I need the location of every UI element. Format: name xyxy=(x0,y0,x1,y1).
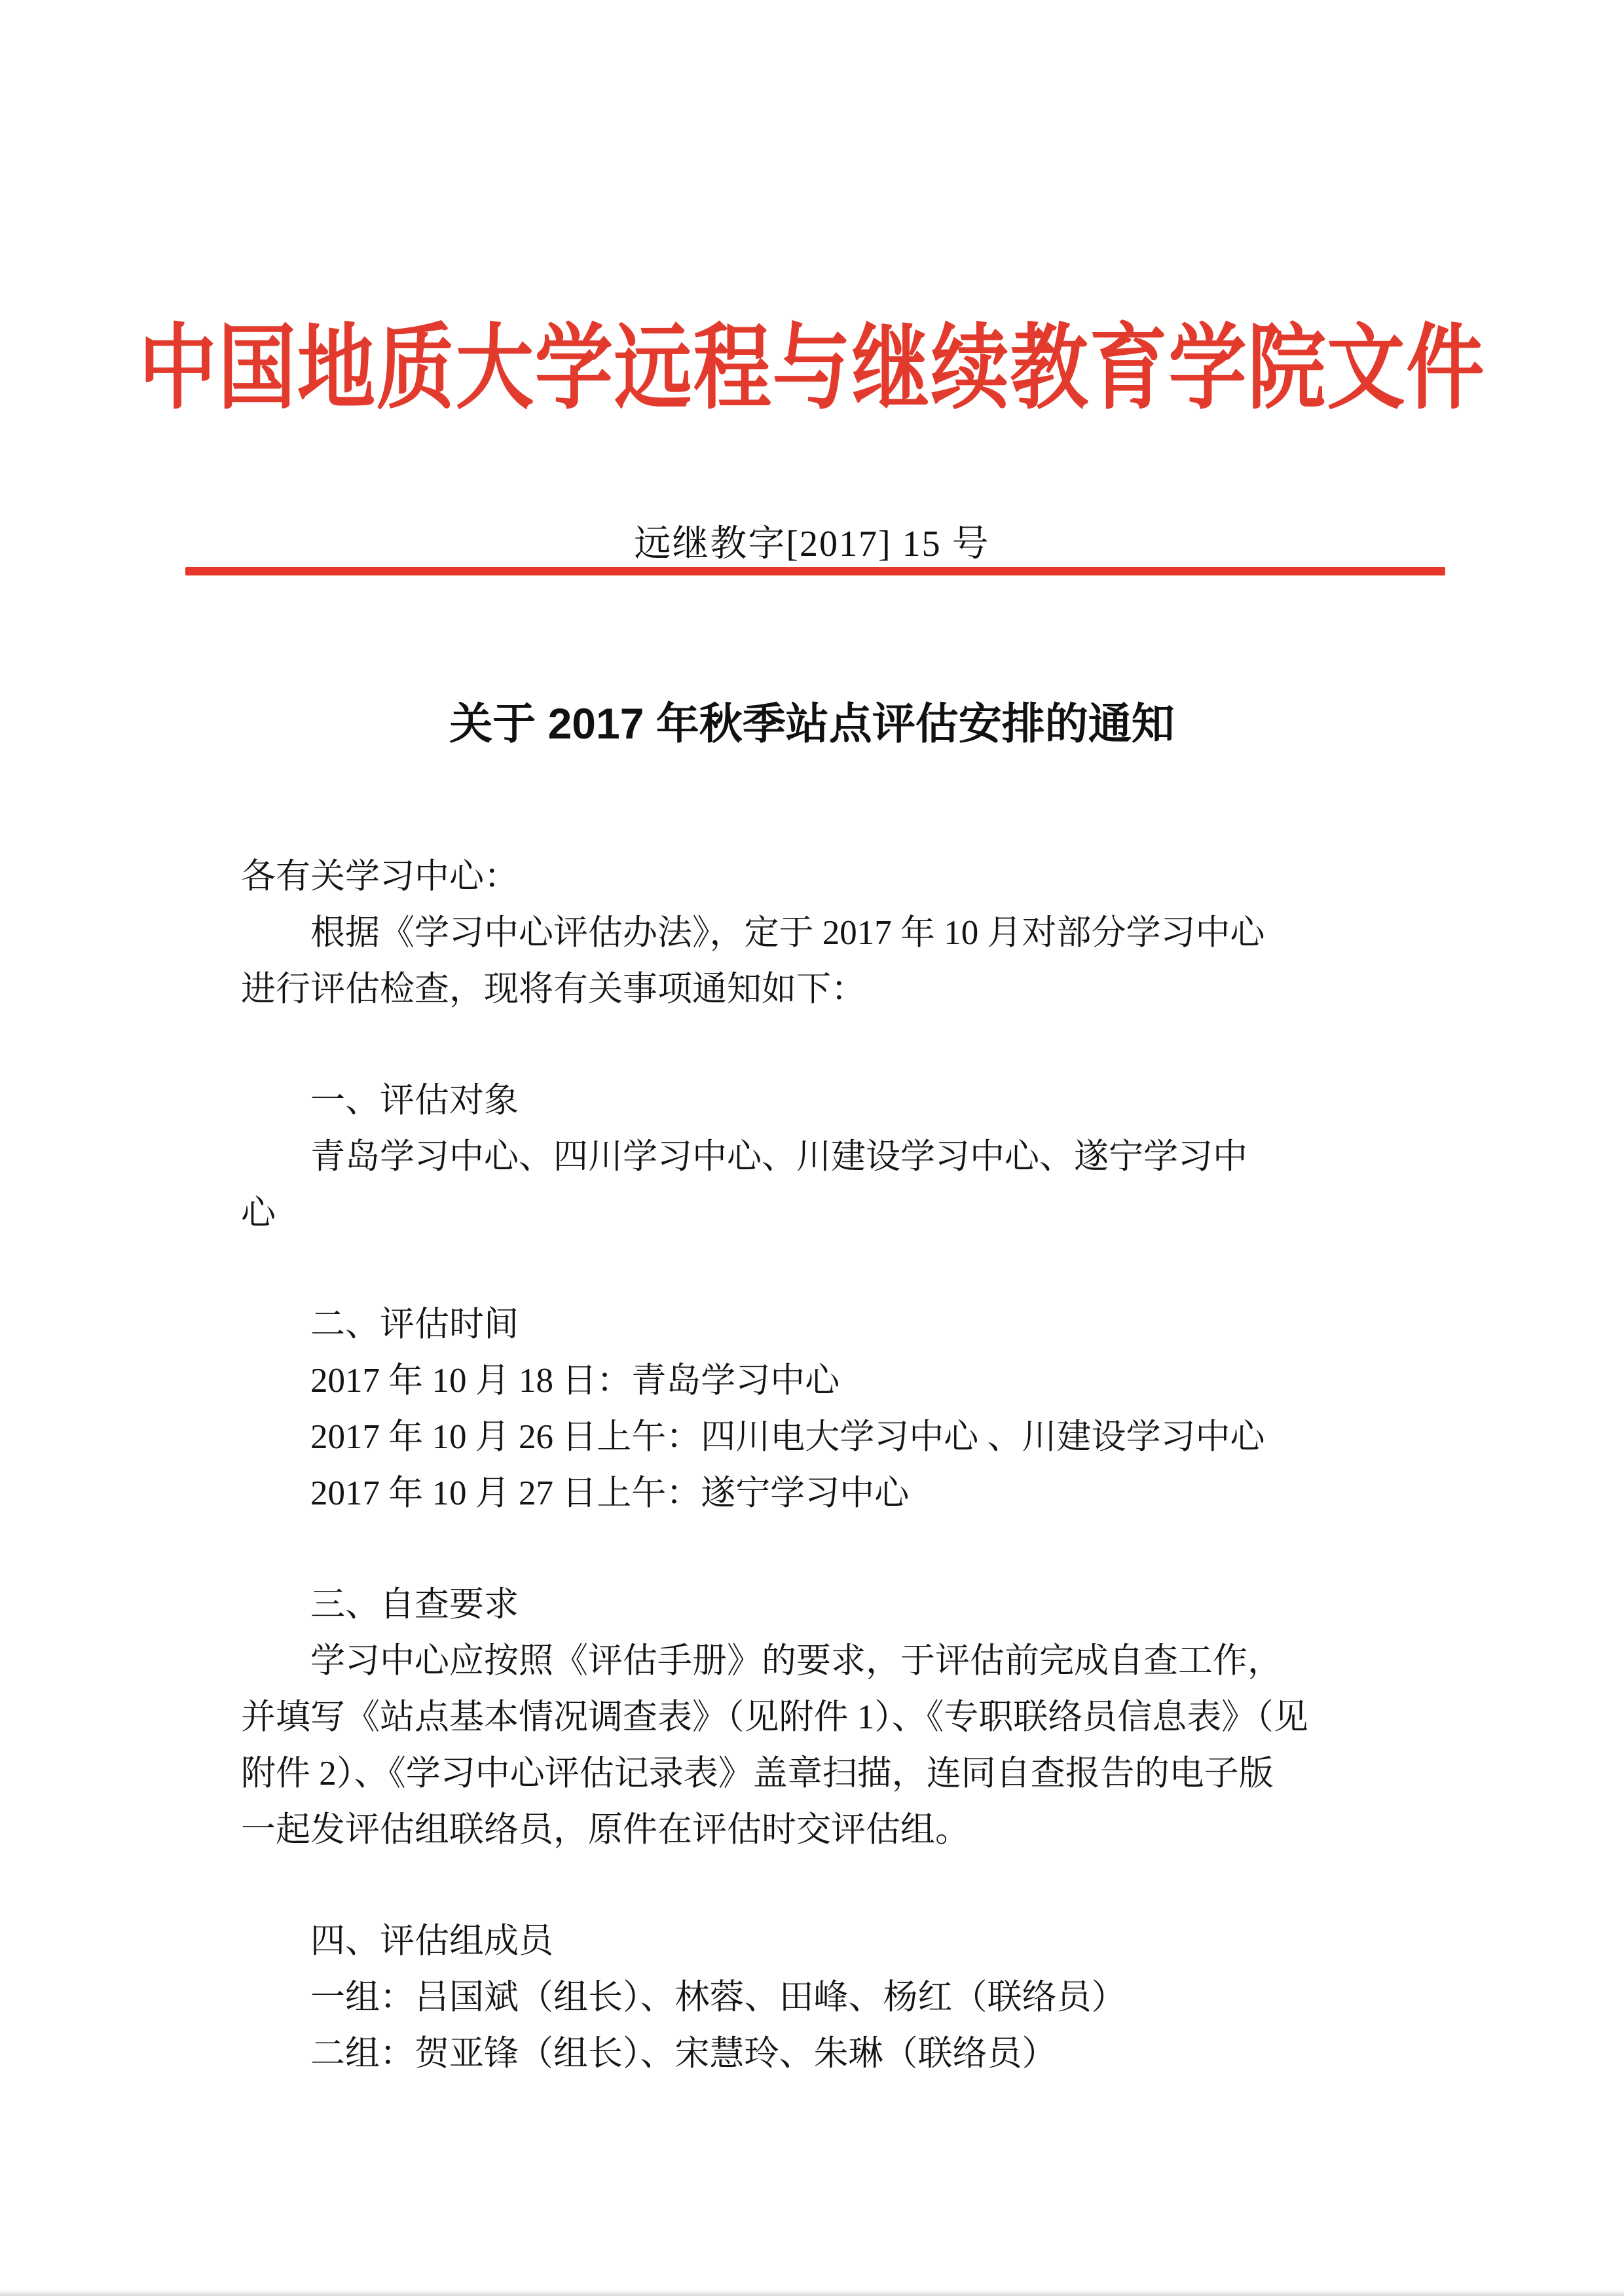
document-body: 各有关学习中心： 根据《学习中心评估办法》，定于 2017 年 10 月对部分学… xyxy=(241,848,1396,2082)
section-2-heading: 二、评估时间 xyxy=(241,1296,1396,1353)
red-masthead-title: 中国地质大学远程与继续教育学院文件 xyxy=(130,293,1494,427)
section-3-heading: 三、自查要求 xyxy=(241,1576,1396,1633)
document-page: 中国地质大学远程与继续教育学院文件 远继教字[2017] 15 号 关于 201… xyxy=(0,0,1624,2296)
section-3-line-4: 一起发评估组联络员，原件在评估时交评估组。 xyxy=(241,1802,1396,1858)
section-1-line-1: 青岛学习中心、四川学习中心、川建设学习中心、遂宁学习中 xyxy=(241,1129,1396,1185)
section-1-heading: 一、评估对象 xyxy=(241,1072,1396,1129)
section-2-line-3: 2017 年 10 月 27 日上午：遂宁学习中心 xyxy=(241,1465,1396,1522)
salutation: 各有关学习中心： xyxy=(241,848,1396,905)
section-1-line-2: 心 xyxy=(241,1185,1396,1241)
section-4-heading: 四、评估组成员 xyxy=(241,1913,1396,1969)
section-4-line-1: 一组：吕国斌（组长）、林蓉、田峰、杨红（联络员） xyxy=(241,1969,1396,2026)
section-3-line-3: 附件 2）、《学习中心评估记录表》盖章扫描，连同自查报告的电子版 xyxy=(241,1745,1396,1802)
section-2-line-1: 2017 年 10 月 18 日：青岛学习中心 xyxy=(241,1353,1396,1409)
red-separator-line xyxy=(185,567,1445,575)
section-3-line-2: 并填写《站点基本情况调查表》（见附件 1）、《专职联络员信息表》（见 xyxy=(241,1689,1396,1745)
section-4-line-2: 二组：贺亚锋（组长）、宋慧玲、朱琳（联络员） xyxy=(241,2026,1396,2082)
section-2-line-2: 2017 年 10 月 26 日上午：四川电大学习中心 、川建设学习中心 xyxy=(241,1409,1396,1465)
document-title: 关于 2017 年秋季站点评估安排的通知 xyxy=(0,689,1624,751)
document-number: 远继教字[2017] 15 号 xyxy=(0,515,1624,567)
scan-edge-shadow xyxy=(0,2289,1624,2296)
section-3-line-1: 学习中心应按照《评估手册》的要求，于评估前完成自查工作， xyxy=(241,1633,1396,1689)
intro-line-1: 根据《学习中心评估办法》，定于 2017 年 10 月对部分学习中心 xyxy=(241,905,1396,961)
intro-line-2: 进行评估检查，现将有关事项通知如下： xyxy=(241,961,1396,1017)
